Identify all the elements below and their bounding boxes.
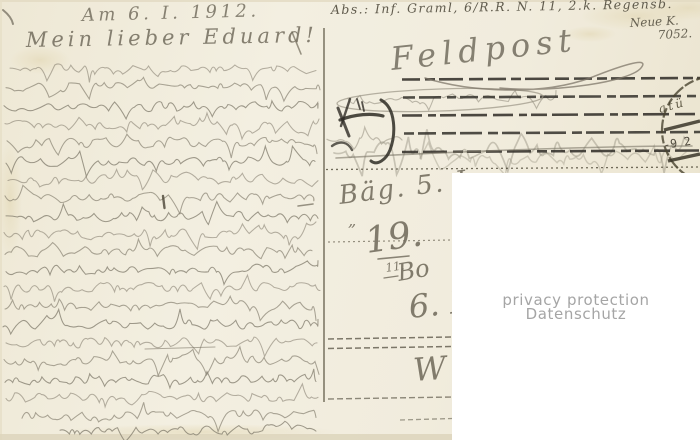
feldpost-label: Feldpost	[388, 21, 579, 78]
postcard-scan: atü -9 2 Am 6. I. 1912. Mein lieber Edua…	[0, 0, 700, 440]
underline-11	[384, 276, 398, 278]
privacy-overlay-line1: privacy protection	[502, 296, 649, 304]
handwriting-line	[5, 239, 312, 259]
machine-cancellation-bar	[403, 96, 700, 98]
handwriting-line	[6, 384, 318, 407]
postmark-town-letters: atü	[657, 95, 687, 116]
unit-ditto-1: „	[348, 211, 356, 230]
censor-stroke	[371, 100, 394, 163]
sender-line-3: 7052.	[657, 26, 692, 42]
handwriting-line	[4, 101, 318, 119]
censor-stroke	[341, 99, 350, 126]
postmark-date: -9 2	[662, 134, 692, 152]
message-handwriting	[3, 64, 320, 440]
machine-cancellation-bar	[402, 151, 700, 153]
unit-line-5: W	[412, 349, 451, 389]
privacy-overlay-line2: Datenschutz	[526, 310, 627, 318]
machine-cancellation-bar	[402, 114, 700, 116]
handwriting-line	[3, 309, 318, 334]
address-rule-line	[328, 337, 452, 339]
handwriting-line	[6, 261, 318, 285]
message-salutation: Mein lieber Eduard!	[25, 23, 318, 52]
address-rule-line	[328, 347, 452, 349]
handwriting-line	[6, 202, 318, 225]
machine-cancellation-bar	[402, 78, 700, 80]
handwriting-line	[7, 134, 317, 158]
handwriting-line	[6, 77, 320, 101]
handwriting-line	[8, 170, 318, 190]
dark-ink-blob	[163, 196, 165, 208]
handwriting-line	[6, 146, 315, 176]
unit-line-2: 19.	[363, 213, 425, 262]
postmark-bridge-bottom	[668, 154, 700, 161]
machine-cancellation-bar	[404, 132, 700, 134]
handwriting-line	[6, 337, 317, 356]
message-date-line: Am 6. I. 1912.	[80, 0, 260, 26]
address-rule-line	[326, 167, 700, 170]
address-rule-line	[328, 397, 452, 399]
address-rule-line	[400, 419, 452, 421]
postmark-bridge-top	[664, 121, 700, 130]
handwriting-line	[4, 275, 320, 301]
handwriting-line	[4, 347, 319, 376]
handwriting-line	[5, 185, 314, 213]
dash-mark	[298, 204, 313, 206]
corner-pen-mark	[3, 10, 13, 24]
handwriting-line	[5, 296, 316, 320]
unit-line-1: Bäg. 5. J	[336, 165, 469, 211]
censor-stroke	[340, 114, 383, 120]
privacy-overlay: privacy protection Datenschutz	[452, 173, 700, 440]
unit-line-3: Bo	[394, 254, 431, 287]
handwriting-line	[5, 113, 319, 139]
